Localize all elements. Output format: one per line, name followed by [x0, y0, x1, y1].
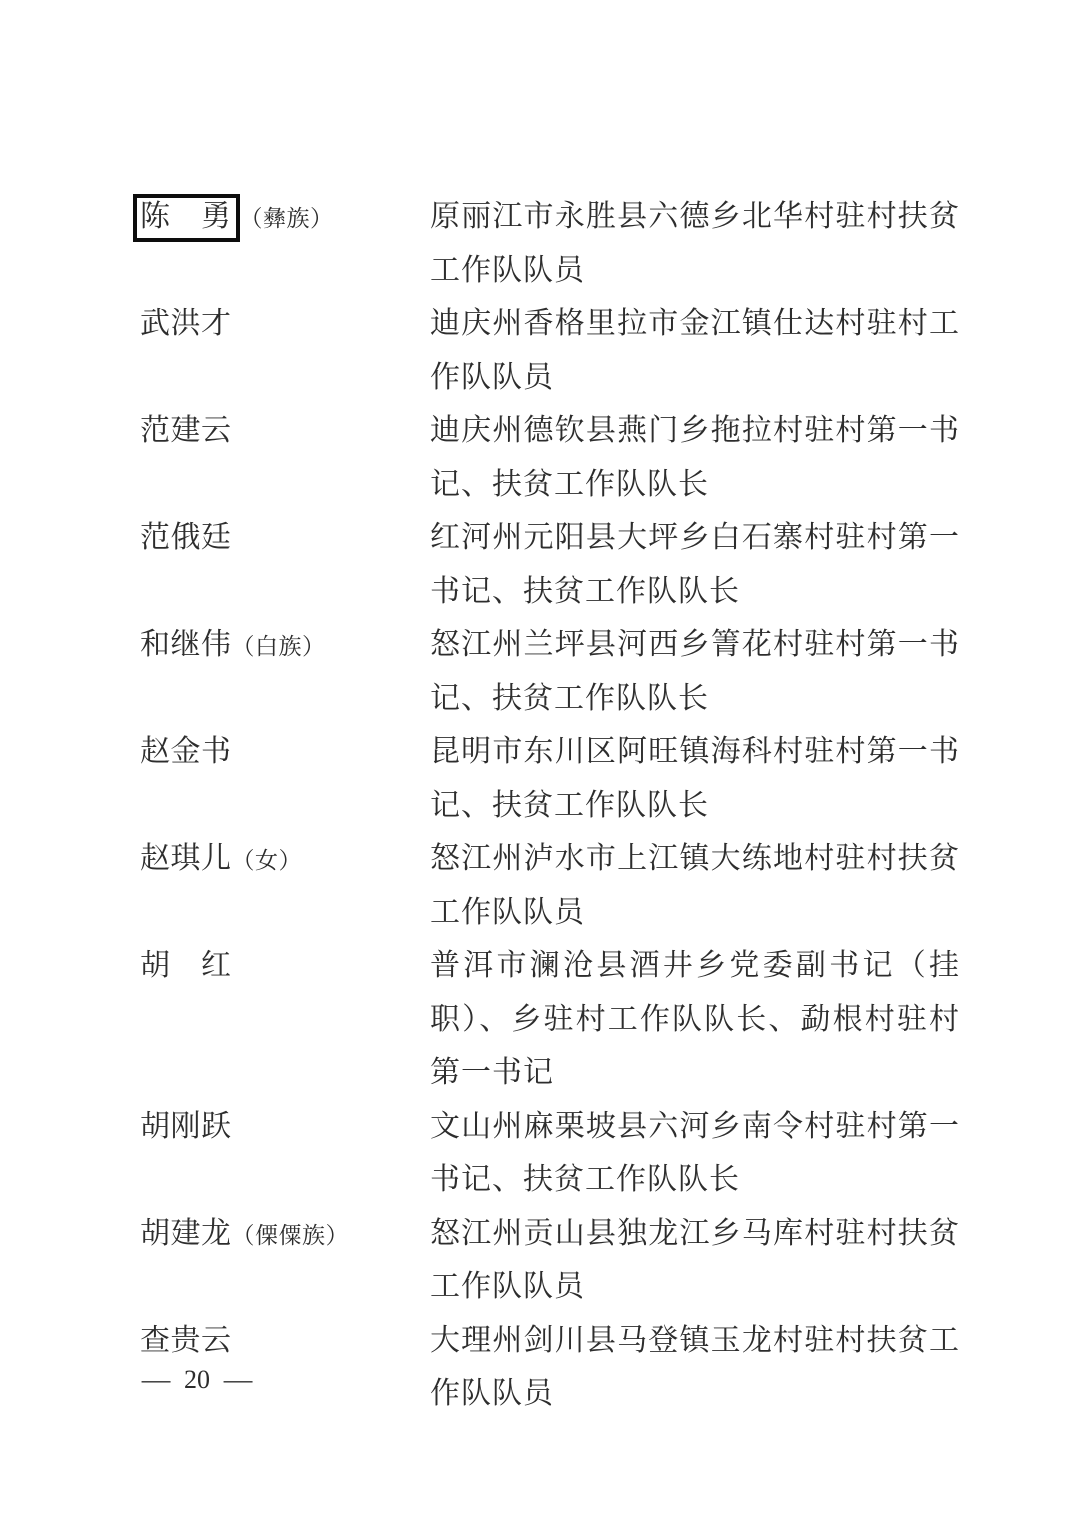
name-cell: 胡 红	[140, 939, 430, 995]
name-cell: 和继伟（白族）	[140, 618, 430, 674]
name-cell: 赵琪儿（女）	[140, 832, 430, 888]
name-cell: 武洪才	[140, 297, 430, 353]
page-footer: — 20 —	[143, 1365, 251, 1395]
position-description: 怒江州兰坪县河西乡箐花村驻村第一书记、扶贫工作队队长	[430, 618, 960, 725]
ethnic-label: （女）	[232, 848, 303, 873]
name-highlight-box: 陈 勇	[133, 194, 240, 242]
name-cell: 赵金书	[140, 725, 430, 781]
person-name: 范建云	[140, 414, 232, 447]
person-name: 胡刚跃	[140, 1110, 232, 1143]
person-name: 胡建龙	[140, 1217, 232, 1250]
position-description: 怒江州泸水市上江镇大练地村驻村扶贫工作队队员	[430, 832, 960, 939]
entry-row: 武洪才 迪庆州香格里拉市金江镇仕达村驻村工作队队员	[140, 297, 960, 404]
position-description: 普洱市澜沧县酒井乡党委副书记（挂职）、乡驻村工作队队长、勐根村驻村第一书记	[430, 939, 960, 1100]
entry-row: 赵金书 昆明市东川区阿旺镇海科村驻村第一书记、扶贫工作队队长	[140, 725, 960, 832]
page-number: 20	[184, 1365, 210, 1395]
entry-row: 和继伟（白族） 怒江州兰坪县河西乡箐花村驻村第一书记、扶贫工作队队长	[140, 618, 960, 725]
name-cell: 范俄廷	[140, 511, 430, 567]
person-name: 查贵云	[140, 1324, 232, 1357]
entry-row: 陈 勇（彝族） 原丽江市永胜县六德乡北华村驻村扶贫工作队队员	[140, 190, 960, 297]
position-description: 文山州麻栗坡县六河乡南令村驻村第一书记、扶贫工作队队长	[430, 1100, 960, 1207]
person-name: 赵琪儿	[140, 842, 232, 875]
entry-row: 范俄廷 红河州元阳县大坪乡白石寨村驻村第一书记、扶贫工作队队长	[140, 511, 960, 618]
name-cell: 范建云	[140, 404, 430, 460]
name-cell: 陈 勇（彝族）	[140, 190, 430, 246]
ethnic-label: （白族）	[232, 634, 326, 659]
footer-left-dash: —	[142, 1365, 171, 1395]
position-description: 昆明市东川区阿旺镇海科村驻村第一书记、扶贫工作队队长	[430, 725, 960, 832]
person-name: 陈 勇	[140, 200, 232, 233]
entry-row: 查贵云 大理州剑川县马登镇玉龙村驻村扶贫工作队队员	[140, 1314, 960, 1421]
position-description: 怒江州贡山县独龙江乡马库村驻村扶贫工作队队员	[430, 1207, 960, 1314]
entry-row: 胡刚跃 文山州麻栗坡县六河乡南令村驻村第一书记、扶贫工作队队长	[140, 1100, 960, 1207]
honor-roll-list: 陈 勇（彝族） 原丽江市永胜县六德乡北华村驻村扶贫工作队队员 武洪才 迪庆州香格…	[140, 190, 960, 1421]
entry-row: 赵琪儿（女） 怒江州泸水市上江镇大练地村驻村扶贫工作队队员	[140, 832, 960, 939]
name-cell: 查贵云	[140, 1314, 430, 1370]
ethnic-label: （傈僳族）	[232, 1223, 350, 1248]
person-name: 胡 红	[140, 949, 232, 982]
person-name: 赵金书	[140, 735, 232, 768]
position-description: 红河州元阳县大坪乡白石寨村驻村第一书记、扶贫工作队队长	[430, 511, 960, 618]
ethnic-label: （彝族）	[240, 206, 334, 231]
person-name: 范俄廷	[140, 521, 232, 554]
name-cell: 胡刚跃	[140, 1100, 430, 1156]
entry-row: 胡 红 普洱市澜沧县酒井乡党委副书记（挂职）、乡驻村工作队队长、勐根村驻村第一书…	[140, 939, 960, 1100]
position-description: 大理州剑川县马登镇玉龙村驻村扶贫工作队队员	[430, 1314, 960, 1421]
document-page: 陈 勇（彝族） 原丽江市永胜县六德乡北华村驻村扶贫工作队队员 武洪才 迪庆州香格…	[0, 0, 1080, 1528]
footer-right-dash: —	[224, 1365, 253, 1395]
name-cell: 胡建龙（傈僳族）	[140, 1207, 430, 1263]
position-description: 迪庆州德钦县燕门乡拖拉村驻村第一书记、扶贫工作队队长	[430, 404, 960, 511]
position-description: 原丽江市永胜县六德乡北华村驻村扶贫工作队队员	[430, 190, 960, 297]
entry-row: 胡建龙（傈僳族） 怒江州贡山县独龙江乡马库村驻村扶贫工作队队员	[140, 1207, 960, 1314]
position-description: 迪庆州香格里拉市金江镇仕达村驻村工作队队员	[430, 297, 960, 404]
person-name: 和继伟	[140, 628, 232, 661]
entry-row: 范建云 迪庆州德钦县燕门乡拖拉村驻村第一书记、扶贫工作队队长	[140, 404, 960, 511]
person-name: 武洪才	[140, 307, 232, 340]
